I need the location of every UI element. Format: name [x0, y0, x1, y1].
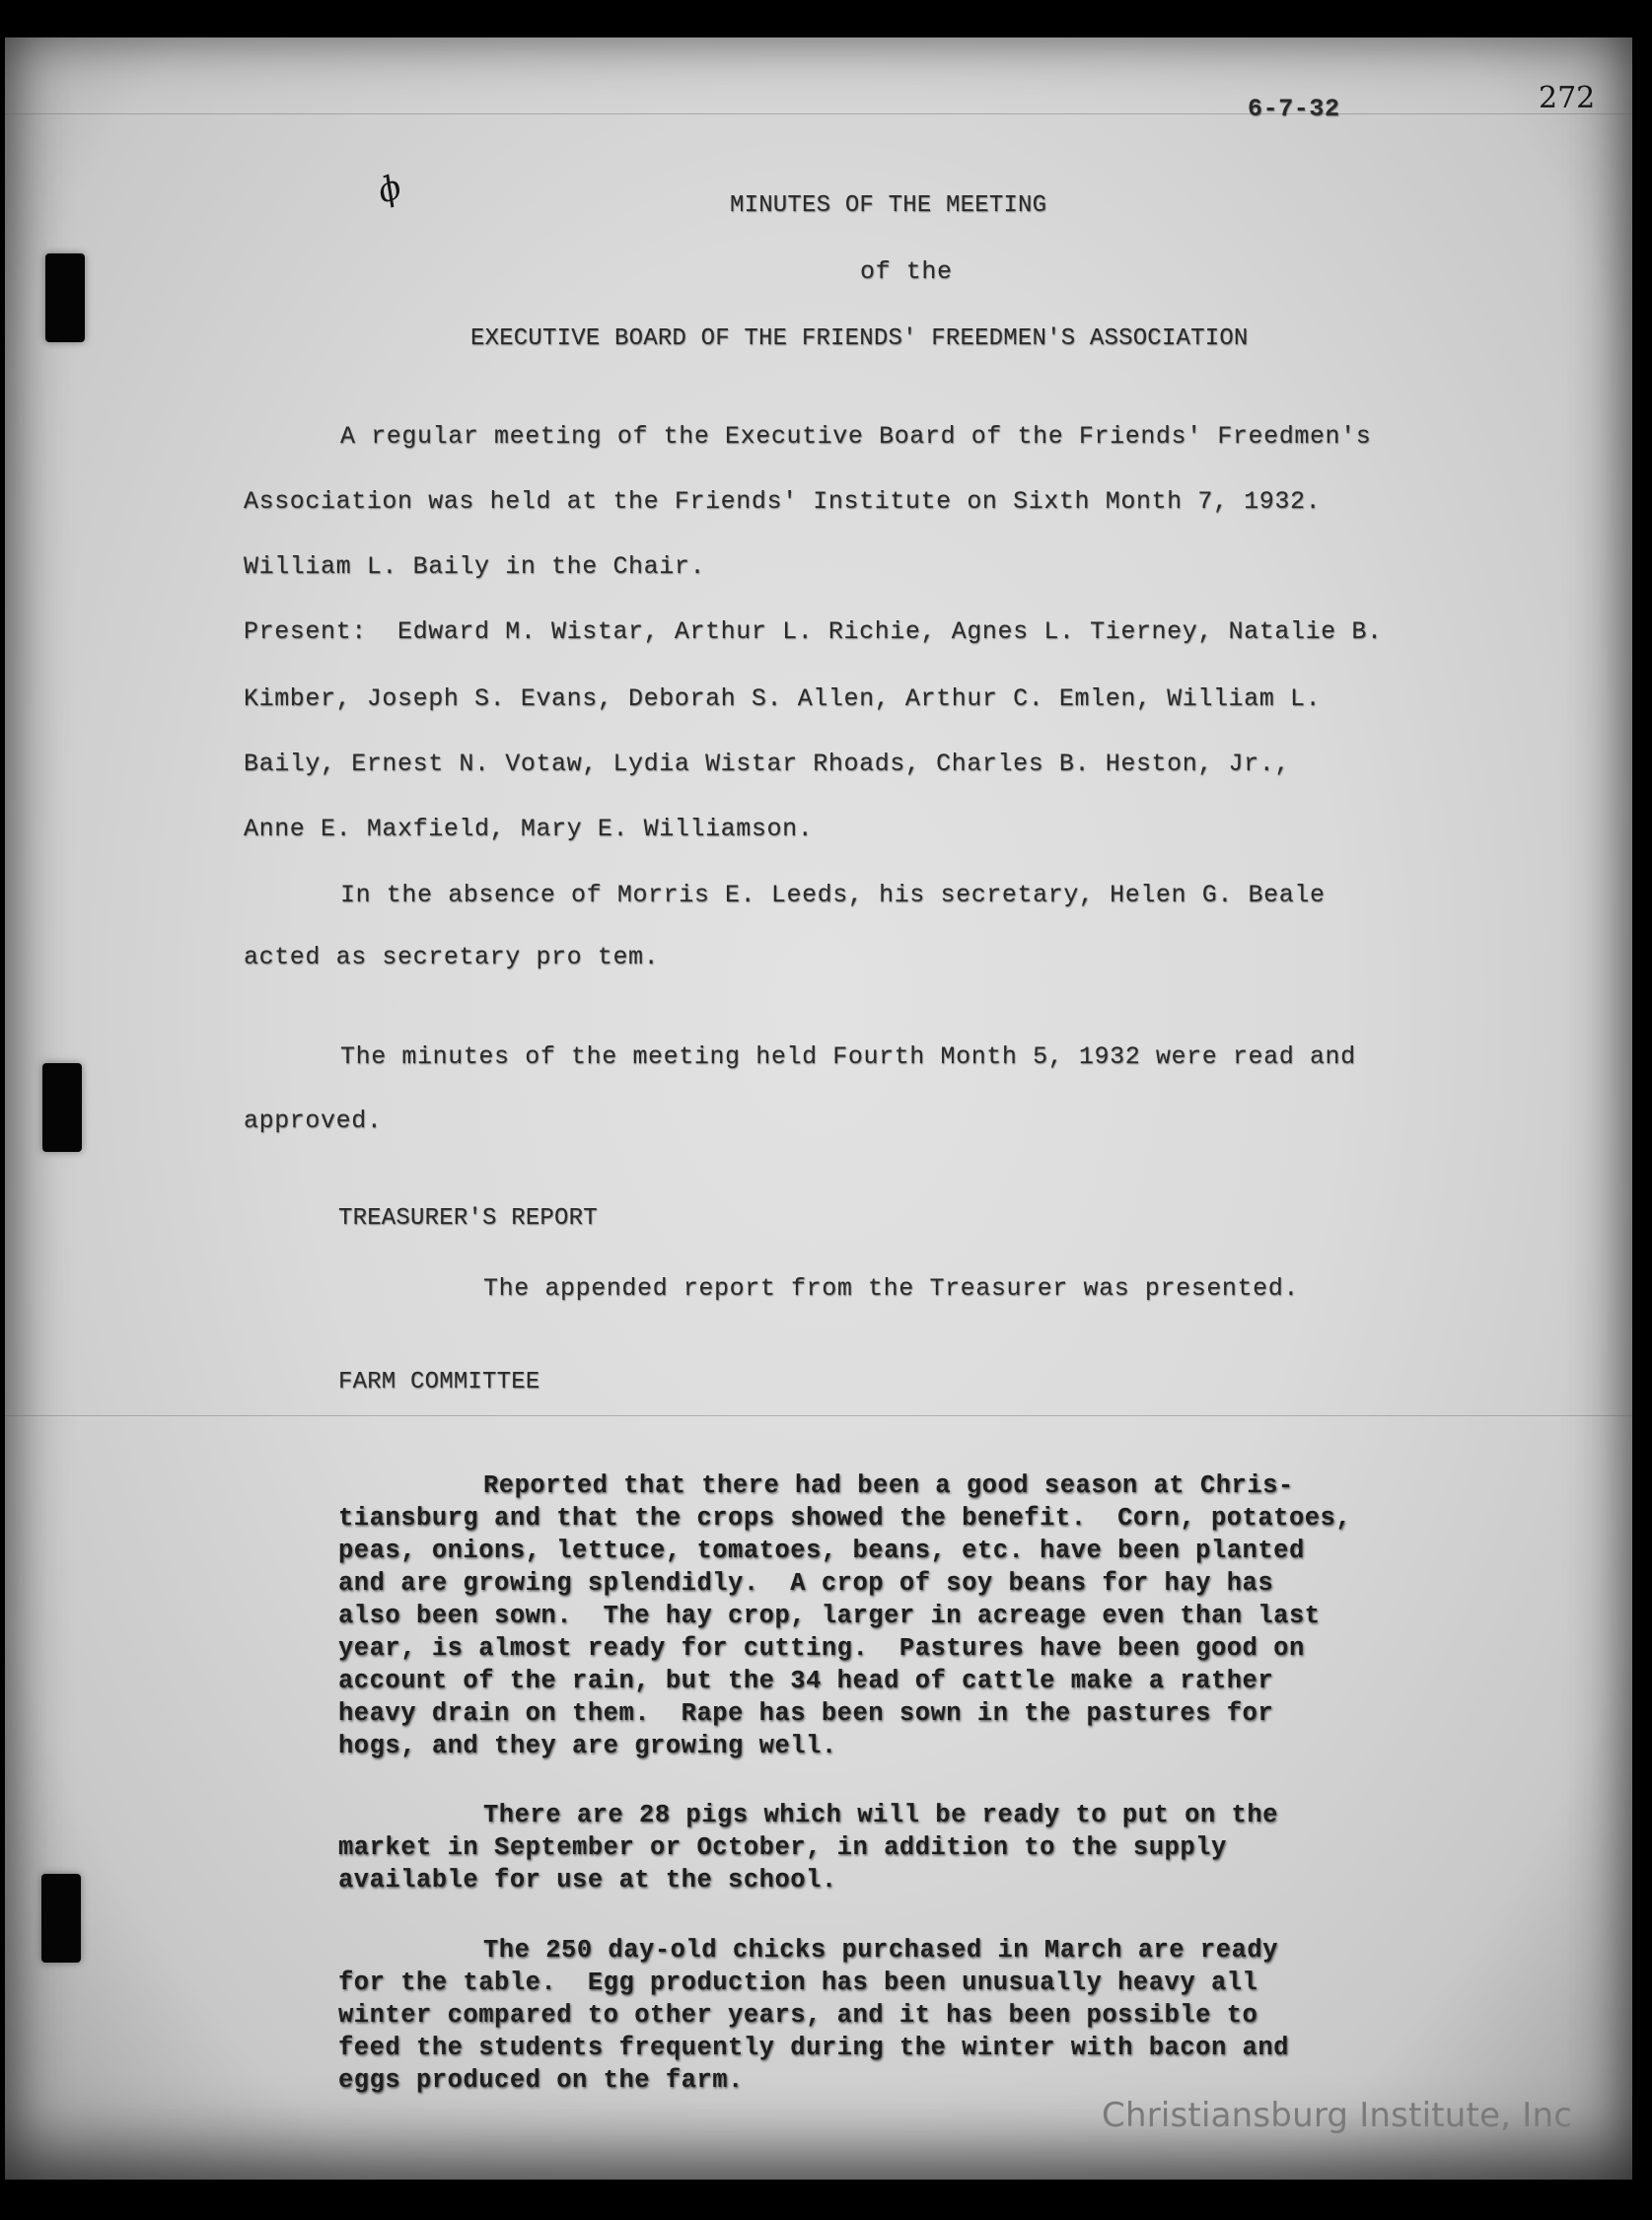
- opening-line: A regular meeting of the Executive Board…: [340, 422, 1371, 451]
- title-line-3: EXECUTIVE BOARD OF THE FRIENDS' FREEDMEN…: [470, 325, 1249, 352]
- treasurer-text: The appended report from the Treasurer w…: [483, 1274, 1299, 1303]
- title-line-1: MINUTES OF THE MEETING: [730, 192, 1046, 219]
- punch-hole-bottom: [41, 1874, 81, 1963]
- approval-line: approved.: [244, 1107, 382, 1135]
- farm-line: for the table. Egg production has been u…: [338, 1967, 1289, 1999]
- farm-line: Reported that there had been a good seas…: [338, 1469, 1351, 1502]
- scan-line: [5, 1415, 1632, 1416]
- farm-line: tiansburg and that the crops showed the …: [338, 1502, 1351, 1535]
- farm-line: winter compared to other years, and it h…: [338, 1999, 1289, 2032]
- present-line: Baily, Ernest N. Votaw, Lydia Wistar Rho…: [244, 750, 1290, 778]
- present-line: Present: Edward M. Wistar, Arthur L. Ric…: [244, 617, 1383, 646]
- farm-line: hogs, and they are growing well.: [338, 1730, 1351, 1762]
- farm-paragraph-1: Reported that there had been a good seas…: [338, 1437, 1351, 1795]
- present-line: Anne E. Maxfield, Mary E. Williamson.: [244, 815, 813, 843]
- farm-line: feed the students frequently during the …: [338, 2032, 1289, 2064]
- punch-hole-top: [45, 253, 85, 342]
- farm-line: available for use at the school.: [338, 1864, 1278, 1897]
- farm-line: also been sown. The hay crop, larger in …: [338, 1600, 1351, 1632]
- farm-line: The 250 day-old chicks purchased in Marc…: [338, 1934, 1289, 1967]
- title-line-2: of the: [860, 257, 953, 286]
- opening-line: Association was held at the Friends' Ins…: [244, 487, 1321, 516]
- secretary-line: In the absence of Morris E. Leeds, his s…: [340, 881, 1326, 909]
- farm-heading: FARM COMMITTEE: [338, 1369, 539, 1396]
- farm-line: and are growing splendidly. A crop of so…: [338, 1567, 1351, 1600]
- archive-watermark: Christiansburg Institute, Inc: [1102, 2096, 1572, 2135]
- opening-line: William L. Baily in the Chair.: [244, 552, 705, 581]
- approval-line: The minutes of the meeting held Fourth M…: [340, 1042, 1356, 1071]
- farm-line: eggs produced on the farm.: [338, 2064, 1289, 2097]
- farm-line: heavy drain on them. Rape has been sown …: [338, 1697, 1351, 1730]
- punch-hole-middle: [42, 1063, 82, 1152]
- farm-line: peas, onions, lettuce, tomatoes, beans, …: [338, 1535, 1351, 1567]
- farm-line: year, is almost ready for cutting. Pastu…: [338, 1632, 1351, 1665]
- document-date: 6-7-32: [1248, 95, 1340, 123]
- treasurer-heading: TREASURER'S REPORT: [338, 1205, 598, 1232]
- farm-line: There are 28 pigs which will be ready to…: [338, 1799, 1278, 1831]
- page-number: 272: [1539, 81, 1595, 115]
- present-line: Kimber, Joseph S. Evans, Deborah S. Alle…: [244, 684, 1321, 713]
- farm-line: account of the rain, but the 34 head of …: [338, 1665, 1351, 1697]
- farm-line: market in September or October, in addit…: [338, 1831, 1278, 1864]
- secretary-line: acted as secretary pro tem.: [244, 943, 659, 971]
- scan-line: [5, 113, 1632, 114]
